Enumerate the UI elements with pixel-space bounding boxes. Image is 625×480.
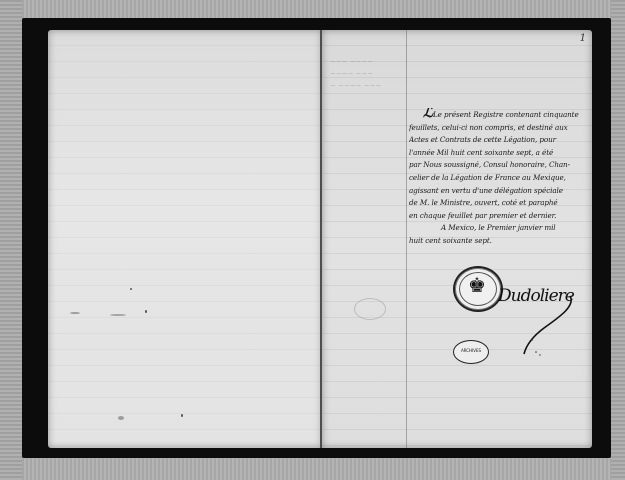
stamp-text: ARCHIVES	[454, 348, 488, 353]
text-line-5: celier de la Légation de France au Mexiq…	[409, 172, 585, 185]
ink-speck	[145, 310, 147, 313]
register-opening-text: ℒLe présent Registre contenant cinquante…	[409, 108, 585, 248]
legation-seal: ♚ LÉGATION DE FRANCE À MEXICO	[453, 266, 503, 312]
text-line-10: huit cent soixante sept.	[409, 235, 585, 248]
signature-flourish-icon	[518, 292, 578, 362]
text-line-0: Le présent Registre contenant cinquante	[433, 110, 579, 119]
left-page	[48, 30, 322, 448]
text-line-7: de M. le Ministre, ouvert, coté et parap…	[409, 197, 585, 210]
right-page: ~~~ ~~~~~~~~ ~~~~ ~~~~ ~~~ 1 ℒLe présent…	[322, 30, 592, 448]
film-border-left	[0, 0, 22, 480]
text-line-9: A Mexico, le Premier janvier mil	[409, 222, 585, 235]
ruled-lines	[48, 30, 322, 448]
bleed-through-text: ~~~ ~~~~~~~~ ~~~~ ~~~~ ~~~	[330, 56, 400, 92]
ink-speck	[130, 288, 132, 290]
margin-line	[406, 30, 407, 448]
eagle-icon: ♚	[468, 275, 486, 295]
film-border-bottom	[0, 458, 625, 480]
text-line-8: en chaque feuillet par premier et dernie…	[409, 210, 585, 223]
ink-speck	[70, 312, 80, 314]
ink-speck	[181, 414, 183, 417]
faint-stamp-bleed-through	[354, 298, 386, 320]
drop-cap: ℒ	[423, 108, 433, 121]
text-line: ℒLe présent Registre contenant cinquante	[409, 108, 585, 122]
text-line-3: l'année Mil huit cent soixante sept, a é…	[409, 147, 585, 160]
text-line-2: Actes et Contrats de cette Légation, pou…	[409, 134, 585, 147]
folio-number: 1	[580, 33, 586, 44]
text-line-6: agissant en vertu d'une délégation spéci…	[409, 185, 585, 198]
ink-speck	[110, 314, 126, 316]
scan-frame: ~~~ ~~~~~~~~ ~~~~ ~~~~ ~~~ 1 ℒLe présent…	[22, 18, 611, 458]
film-border-top	[0, 0, 625, 20]
archives-stamp: ARCHIVES	[453, 340, 489, 364]
ink-speck	[118, 416, 124, 420]
film-border-right	[611, 0, 625, 480]
text-line-4: par Nous soussigné, Consul honoraire, Ch…	[409, 159, 585, 172]
text-line-1: feuillets, celui-ci non compris, et dest…	[409, 122, 585, 135]
